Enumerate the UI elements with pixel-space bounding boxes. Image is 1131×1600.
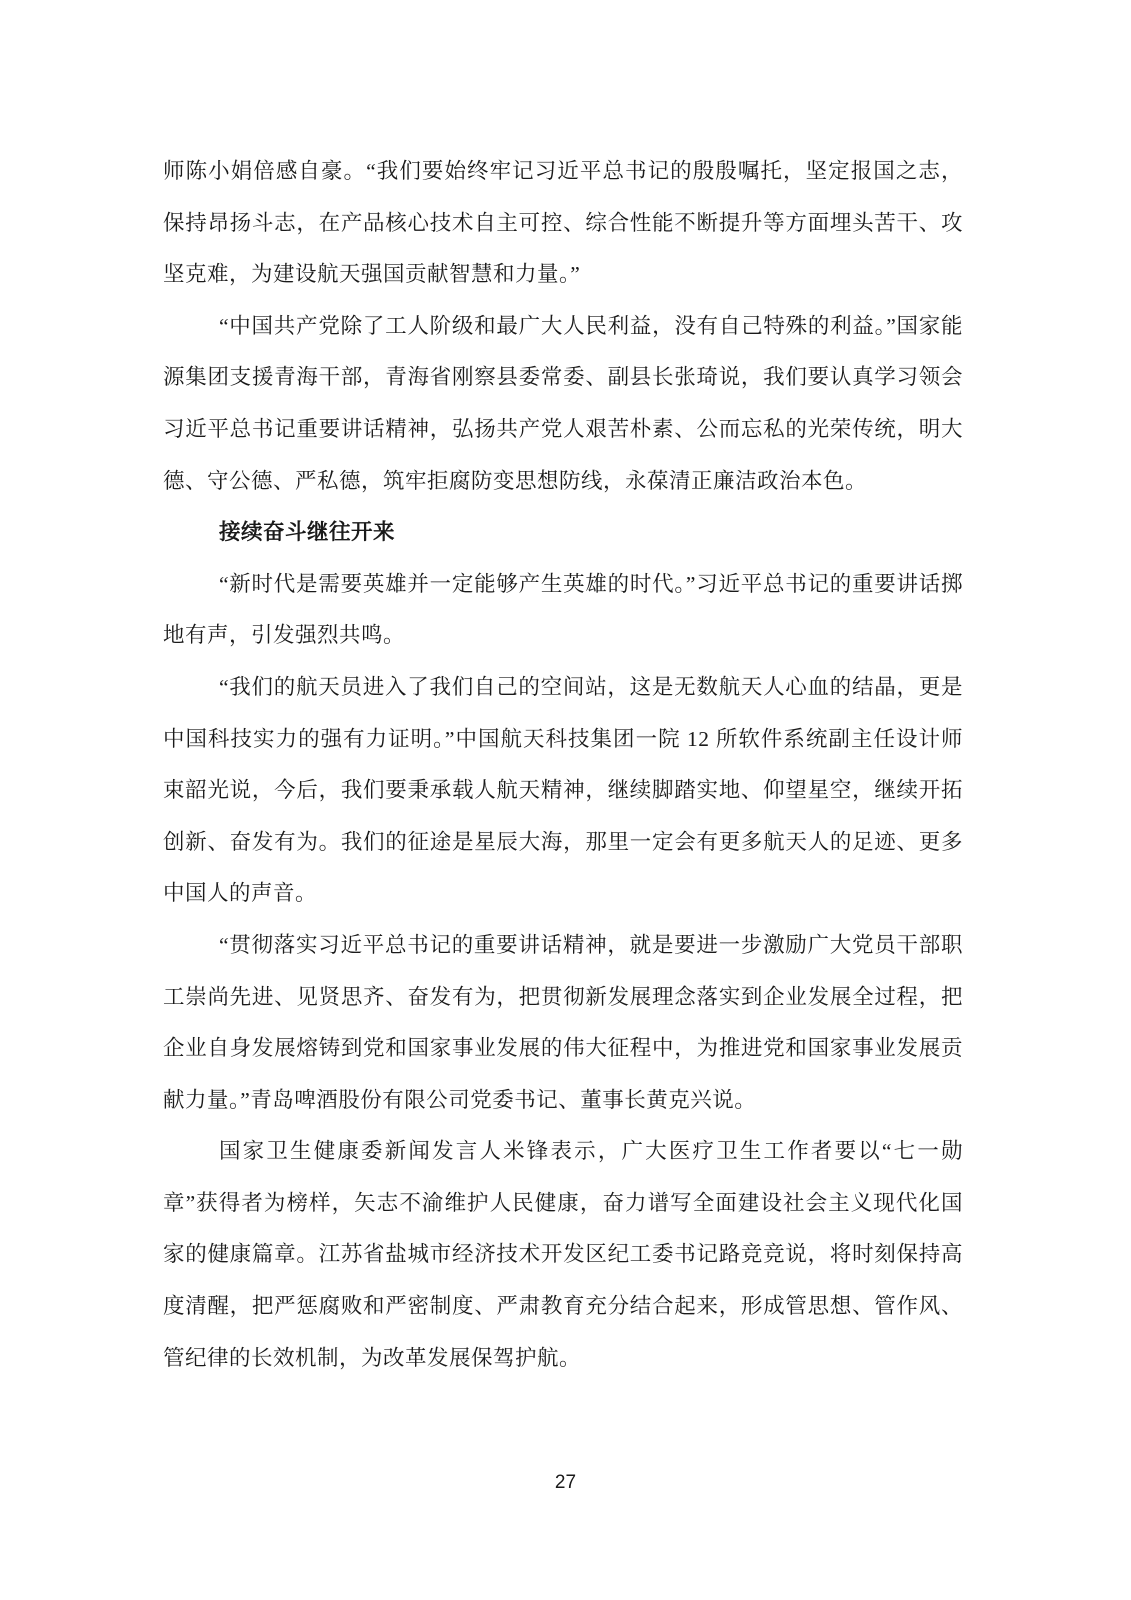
text-block: 师陈小娟倍感自豪。“我们要始终牢记习近平总书记的殷殷嘱托，坚定报国之志，保持昂扬… (163, 146, 963, 1384)
paragraph-continued: 师陈小娟倍感自豪。“我们要始终牢记习近平总书记的殷殷嘱托，坚定报国之志，保持昂扬… (163, 146, 963, 301)
document-page: 师陈小娟倍感自豪。“我们要始终牢记习近平总书记的殷殷嘱托，坚定报国之志，保持昂扬… (0, 0, 1131, 1600)
paragraph: “新时代是需要英雄并一定能够产生英雄的时代。”习近平总书记的重要讲话掷地有声，引… (163, 559, 963, 662)
paragraph: “我们的航天员进入了我们自己的空间站，这是无数航天人心血的结晶，更是中国科技实力… (163, 662, 963, 920)
page-number: 27 (0, 1472, 1131, 1494)
paragraph: 国家卫生健康委新闻发言人米锋表示，广大医疗卫生工作者要以“七一勋章”获得者为榜样… (163, 1126, 963, 1384)
section-heading: 接续奋斗继往开来 (163, 507, 963, 559)
paragraph: “贯彻落实习近平总书记的重要讲话精神，就是要进一步激励广大党员干部职工崇尚先进、… (163, 920, 963, 1126)
paragraph: “中国共产党除了工人阶级和最广大人民利益，没有自己特殊的利益。”国家能源集团支援… (163, 301, 963, 507)
